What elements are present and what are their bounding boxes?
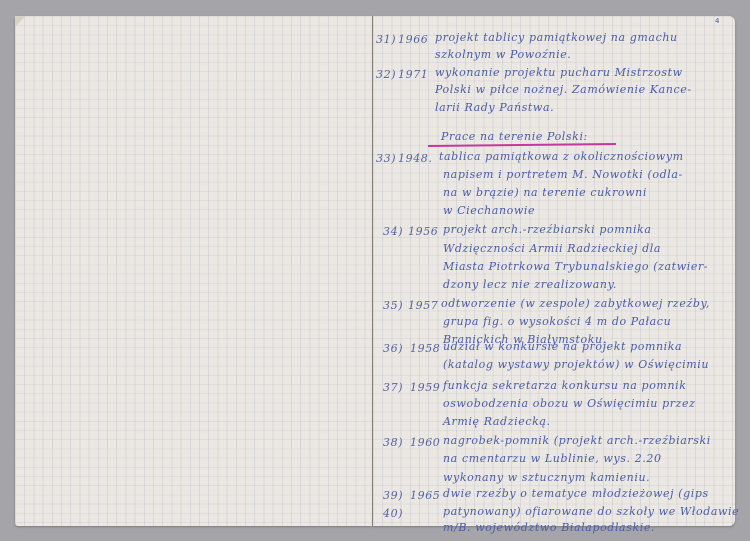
entry-year: 1948. — [398, 153, 433, 164]
entry-line: udział w konkursie na projekt pomnika — [443, 341, 682, 352]
entry-line: na w brązie) na terenie cukrowni — [443, 187, 647, 198]
entry-line: projekt arch.-rzeźbiarski pomnika — [443, 224, 651, 235]
entry-line: funkcja sekretarza konkursu na pomnik — [443, 380, 687, 391]
entry-number: 35) — [383, 300, 403, 311]
entry-line: dzony lecz nie zrealizowany. — [443, 279, 617, 290]
entry-line: napisem i portretem M. Nowotki (odla- — [443, 169, 683, 180]
entry-number: 40) — [383, 508, 403, 519]
entry-number: 34) — [383, 226, 403, 237]
entry-line: (katalog wystawy projektów) w Oświęcimiu — [443, 359, 709, 370]
entry-year: 1957 — [408, 300, 438, 311]
heading-underline — [428, 143, 616, 147]
entry-line: nagrobek-pomnik (projekt arch.-rzeźbiars… — [443, 435, 711, 446]
entry-line: na cmentarzu w Lublinie, wys. 2.20 — [443, 453, 662, 464]
entry-line: patynowany) ofiarowane do szkoły we Włod… — [443, 506, 739, 517]
entry-year: 1965 — [410, 490, 440, 501]
entry-line: oswobodzenia obozu w Oświęcimiu przez — [443, 398, 695, 409]
entry-line: m/B. województwo Bialapodlaskie. — [443, 522, 655, 533]
entry-year: 1966 — [398, 34, 428, 45]
page-number: 4 — [715, 17, 719, 25]
entry-line: szkolnym w Powoźnie. — [435, 49, 571, 60]
entry-year: 1958 — [410, 343, 440, 354]
entry-line: wykonanie projektu pucharu Mistrzostw — [435, 67, 683, 78]
entry-number: 37) — [383, 382, 403, 393]
entry-line: w Ciechanowie — [443, 205, 535, 216]
entry-line: Wdzięczności Armii Radzieckiej dla — [443, 243, 661, 254]
entry-line: tablica pamiątkowa z okolicznościowym — [439, 151, 684, 162]
entry-line: wykonany w sztucznym kamieniu. — [443, 472, 650, 483]
entry-number: 31) — [376, 34, 396, 45]
entry-line: odtworzenie (w zespole) zabytkowej rzeźb… — [441, 298, 710, 309]
entry-year: 1971 — [398, 69, 428, 80]
entry-number: 38) — [383, 437, 403, 448]
entry-year: 1956 — [408, 226, 438, 237]
entry-year: 1959 — [410, 382, 440, 393]
entry-number: 39) — [383, 490, 403, 501]
entry-line: larii Rady Państwa. — [435, 102, 554, 113]
section-heading: Prace na terenie Polski: — [441, 131, 588, 142]
right-notebook-page: 4 31) 1966 projekt tablicy pamiątkowej n… — [373, 16, 735, 526]
entry-number: 36) — [383, 343, 403, 354]
entry-number: 32) — [376, 69, 396, 80]
entry-line: Armię Radziecką. — [443, 416, 551, 427]
entry-line: dwie rzeźby o tematyce młodzieżowej (gip… — [443, 488, 709, 499]
entry-line: projekt tablicy pamiątkowej na gmachu — [435, 32, 678, 43]
entry-number: 33) — [376, 153, 396, 164]
left-notebook-page — [15, 16, 372, 526]
entry-line: Polski w piłce nożnej. Zamówienie Kance- — [435, 84, 692, 95]
entry-line: Miasta Piotrkowa Trybunalskiego (zatwier… — [443, 261, 708, 272]
entry-line: grupa fig. o wysokości 4 m do Pałacu — [443, 316, 671, 327]
entry-year: 1960 — [410, 437, 440, 448]
